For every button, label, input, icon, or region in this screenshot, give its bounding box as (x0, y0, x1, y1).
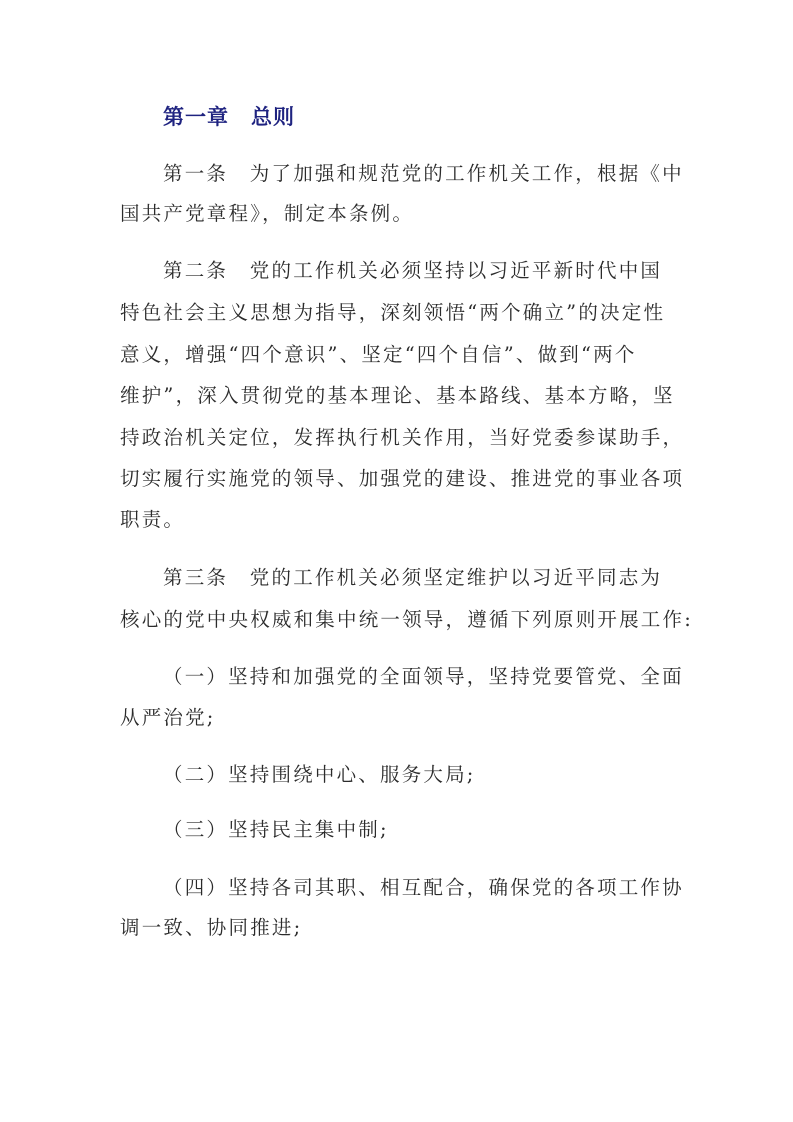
article-3-line-1: 第三条 党的工作机关必须坚定维护以习近平同志为 (163, 563, 662, 593)
principle-1-line-2: 从严治党; (120, 703, 216, 733)
article-2-line-7: 职责。 (120, 505, 185, 535)
principle-4-line-1: （四）坚持各司其职、相互配合，确保党的各项工作协 (163, 873, 684, 903)
principle-2-line-1: （二）坚持围绕中心、服务大局; (163, 760, 476, 790)
article-2-line-5: 持政治机关定位，发挥执行机关作用，当好党委参谋助手， (120, 423, 684, 453)
article-1-line-2: 国共产党章程》，制定本条例。 (120, 199, 414, 229)
article-2-line-4: 维护”，深入贯彻党的基本理论、基本路线、基本方略，坚 (120, 381, 675, 411)
document-page: 第一章 总则 第一条 为了加强和规范党的工作机关工作，根据《中 国共产党章程》，… (0, 0, 793, 1122)
article-1-line-1: 第一条 为了加强和规范党的工作机关工作，根据《中 (163, 159, 684, 189)
article-2-line-3: 意义，增强“四个意识”、坚定“四个自信”、做到“两个 (120, 340, 637, 370)
article-2-line-2: 特色社会主义思想为指导，深刻领悟“两个确立”的决定性 (120, 298, 665, 328)
article-3-line-2: 核心的党中央权威和集中统一领导，遵循下列原则开展工作: (120, 605, 693, 635)
article-2-line-1: 第二条 党的工作机关必须坚持以习近平新时代中国 (163, 256, 662, 286)
principle-1-line-1: （一）坚持和加强党的全面领导，坚持党要管党、全面 (163, 662, 684, 692)
principle-3-line-1: （三）坚持民主集中制; (163, 815, 389, 845)
principle-4-line-2: 调一致、协同推进; (120, 913, 302, 943)
article-2-line-6: 切实履行实施党的领导、加强党的建设、推进党的事业各项 (120, 464, 684, 494)
chapter-heading: 第一章 总则 (163, 101, 295, 131)
